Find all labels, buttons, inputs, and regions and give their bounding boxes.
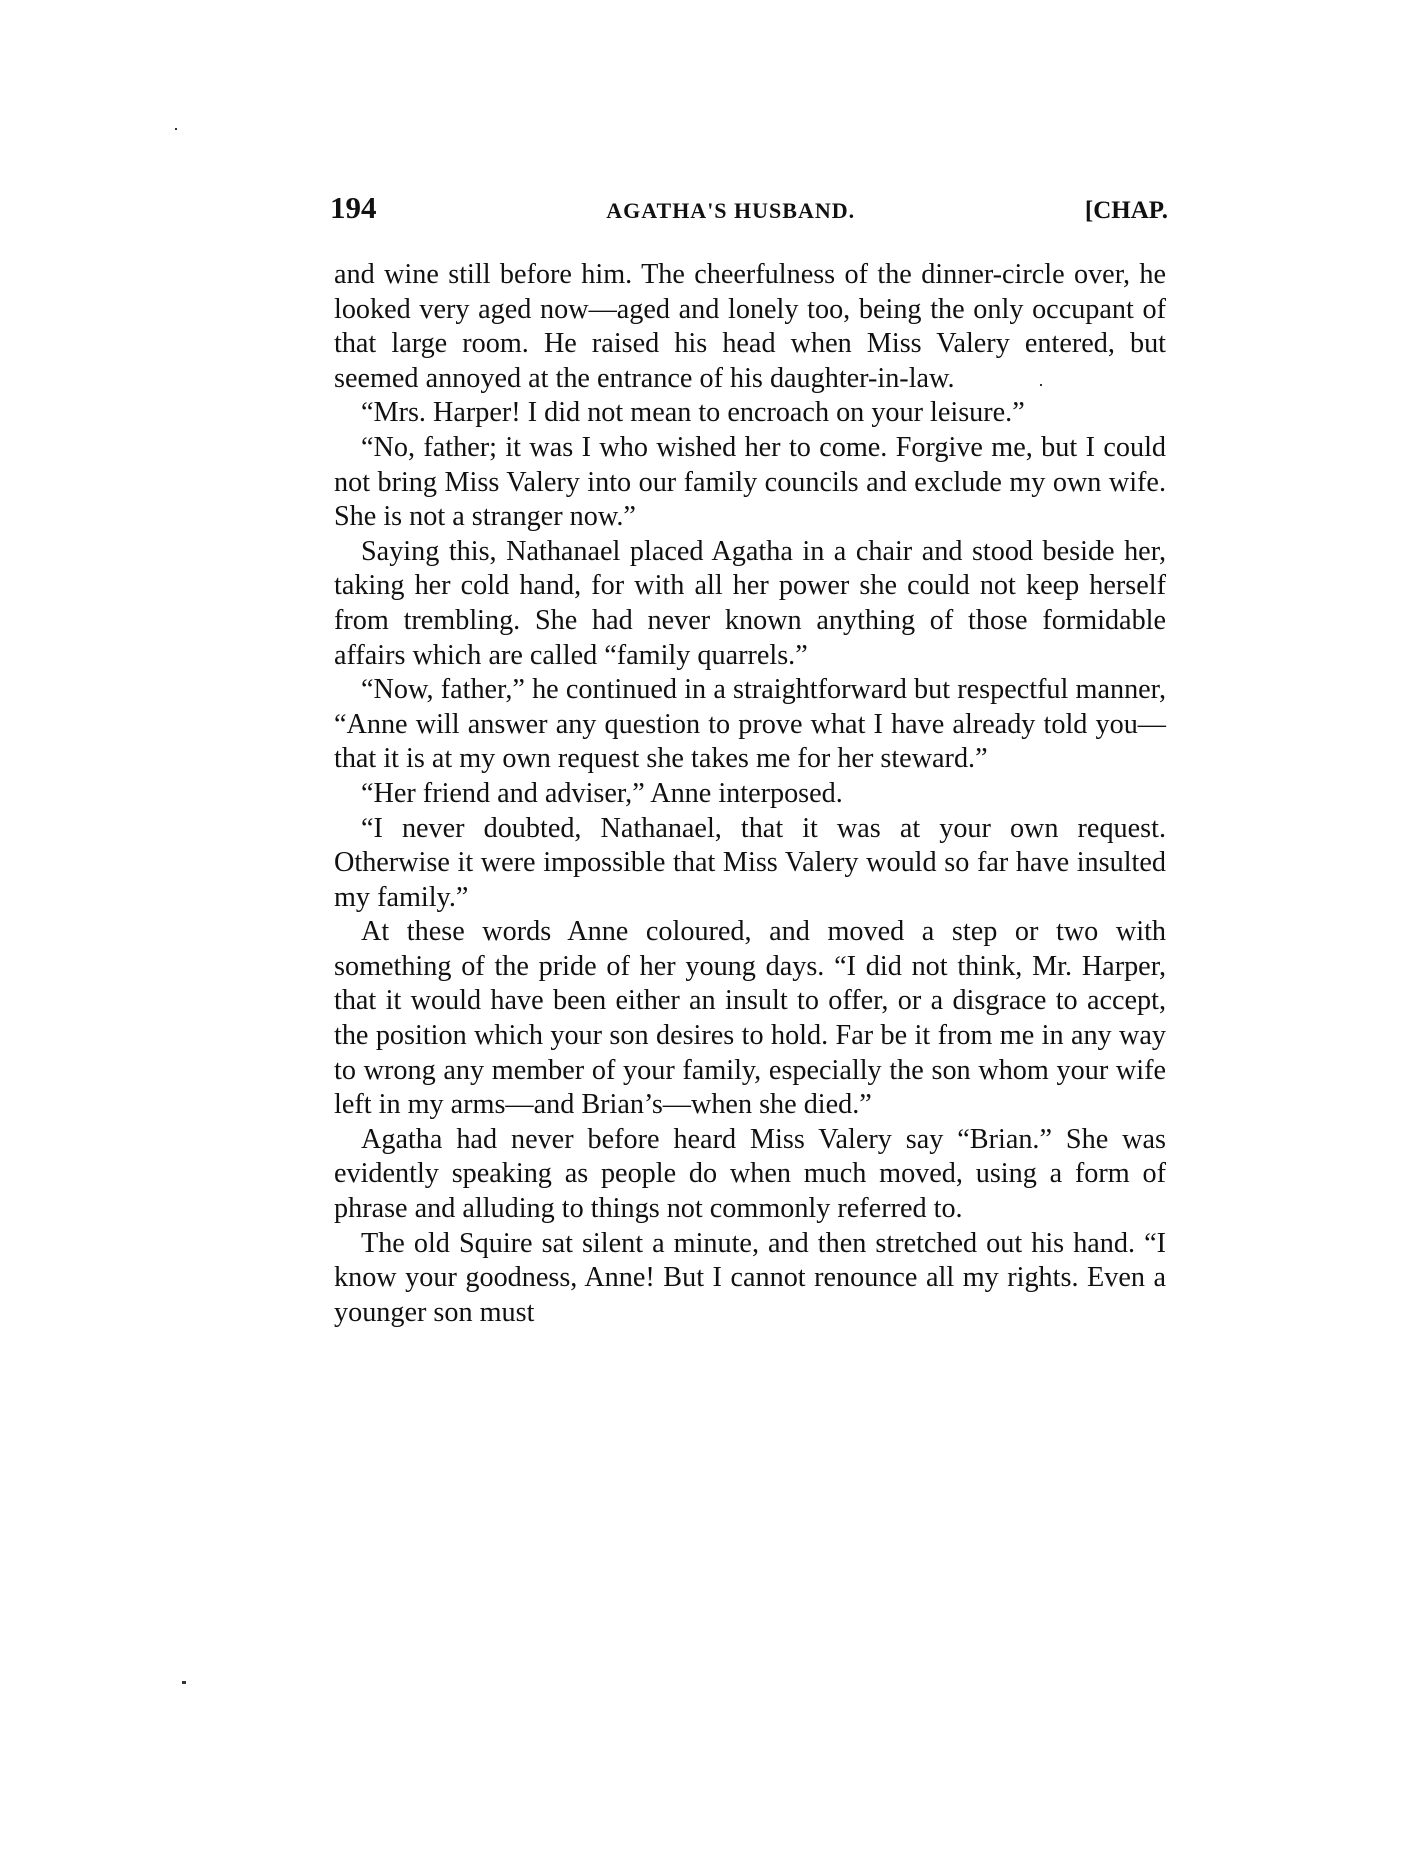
paragraph: “I never doubted, Nathanael, that it was… xyxy=(334,812,1166,916)
chapter-marker: [CHAP. xyxy=(1085,197,1168,225)
paragraph: “Now, father,” he continued in a straigh… xyxy=(334,673,1166,777)
scan-speck xyxy=(182,1681,186,1684)
paragraph: “Her friend and adviser,” Anne interpose… xyxy=(334,777,1166,812)
paragraph: “Mrs. Harper! I did not mean to encroach… xyxy=(334,396,1166,431)
scan-speck xyxy=(175,128,177,130)
paragraph: “No, father; it was I who wished her to … xyxy=(334,431,1166,535)
page-body: and wine still before him. The cheerfuln… xyxy=(334,258,1166,1330)
paragraph: Agatha had never before heard Miss Valer… xyxy=(334,1123,1166,1227)
paragraph: The old Squire sat silent a minute, and … xyxy=(334,1227,1166,1331)
scan-speck xyxy=(1040,384,1042,386)
page-number: 194 xyxy=(330,190,377,226)
running-header: 194 AGATHA'S HUSBAND. [CHAP. xyxy=(330,190,1168,234)
paragraph: Saying this, Nathanael placed Agatha in … xyxy=(334,535,1166,673)
paragraph: and wine still before him. The cheerfuln… xyxy=(334,258,1166,396)
paragraph: At these words Anne coloured, and moved … xyxy=(334,915,1166,1123)
running-title: AGATHA'S HUSBAND. xyxy=(606,198,855,224)
